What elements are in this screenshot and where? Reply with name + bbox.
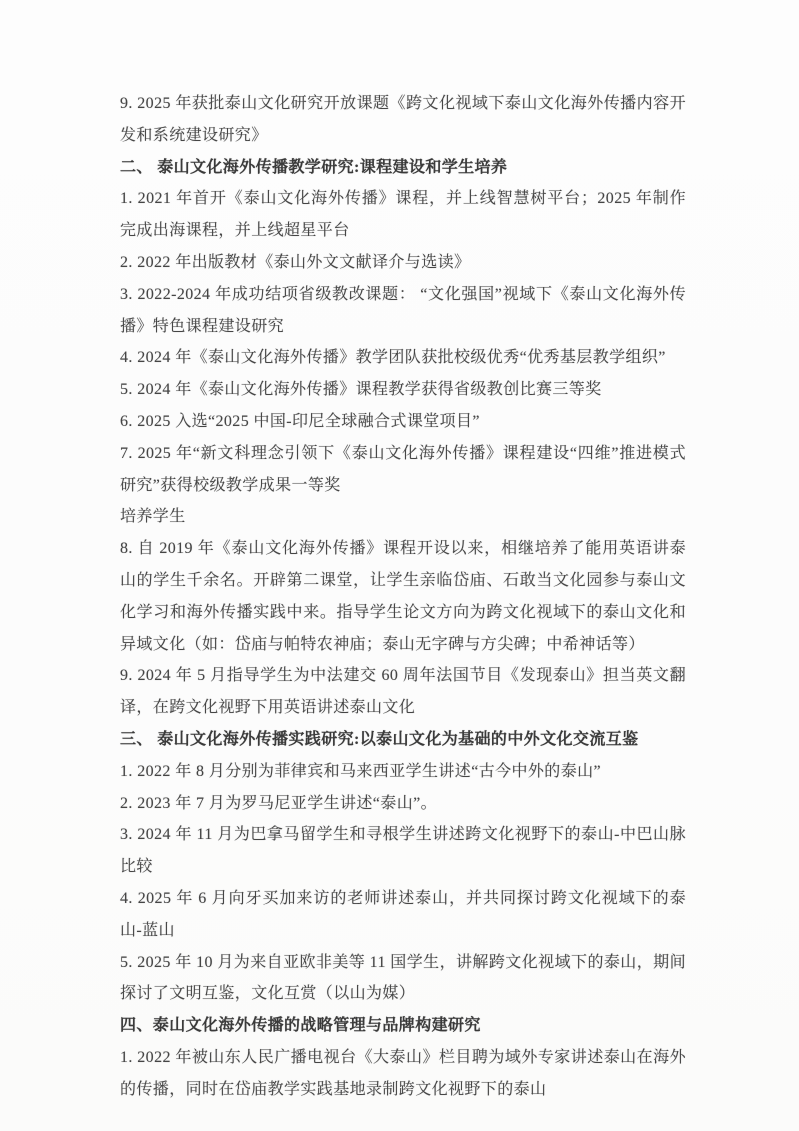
paragraph: 5. 2025 年 10 月为来自亚欧非美等 11 国学生，讲解跨文化视域下的泰…: [120, 947, 686, 1011]
section-heading: 四、泰山文化海外传播的战略管理与品牌构建研究: [120, 1010, 686, 1042]
paragraph: 3. 2022-2024 年成功结项省级教改课题： “文化强国”视域下《泰山文化…: [120, 279, 686, 343]
paragraph: 9. 2025 年获批泰山文化研究开放课题《跨文化视域下泰山文化海外传播内容开发…: [120, 88, 686, 152]
paragraph: 4. 2025 年 6 月向牙买加来访的老师讲述泰山，并共同探讨跨文化视域下的泰…: [120, 883, 686, 947]
section-heading: 二、 泰山文化海外传播教学研究:课程建设和学生培养: [120, 152, 686, 184]
paragraph: 1. 2021 年首开《泰山文化海外传播》课程，并上线智慧树平台；2025 年制…: [120, 183, 686, 247]
paragraph: 2. 2023 年 7 月为罗马尼亚学生讲述“泰山”。: [120, 788, 686, 820]
paragraph: 3. 2024 年 11 月为巴拿马留学生和寻根学生讲述跨文化视野下的泰山-中巴…: [120, 819, 686, 883]
paragraph: 2. 2022 年出版教材《泰山外文文献译介与选读》: [120, 247, 686, 279]
paragraph: 9. 2024 年 5 月指导学生为中法建交 60 周年法国节目《发现泰山》担当…: [120, 660, 686, 724]
document-page: 9. 2025 年获批泰山文化研究开放课题《跨文化视域下泰山文化海外传播内容开发…: [0, 0, 799, 1131]
paragraph: 1. 2022 年被山东人民广播电视台《大泰山》栏目聘为域外专家讲述泰山在海外的…: [120, 1042, 686, 1106]
paragraph: 培养学生: [120, 501, 686, 533]
paragraph: 6. 2025 入选“2025 中国-印尼全球融合式课堂项目”: [120, 406, 686, 438]
paragraph: 8. 自 2019 年《泰山文化海外传播》课程开设以来，相继培养了能用英语讲泰山…: [120, 533, 686, 660]
section-heading: 三、 泰山文化海外传播实践研究:以泰山文化为基础的中外文化交流互鉴: [120, 724, 686, 756]
document-body: 9. 2025 年获批泰山文化研究开放课题《跨文化视域下泰山文化海外传播内容开发…: [120, 88, 686, 1106]
paragraph: 1. 2022 年 8 月分别为菲律宾和马来西亚学生讲述“古今中外的泰山”: [120, 756, 686, 788]
paragraph: 5. 2024 年《泰山文化海外传播》课程教学获得省级教创比赛三等奖: [120, 374, 686, 406]
paragraph: 4. 2024 年《泰山文化海外传播》教学团队获批校级优秀“优秀基层教学组织”: [120, 342, 686, 374]
paragraph: 7. 2025 年“新文科理念引领下《泰山文化海外传播》课程建设“四维”推进模式…: [120, 438, 686, 502]
